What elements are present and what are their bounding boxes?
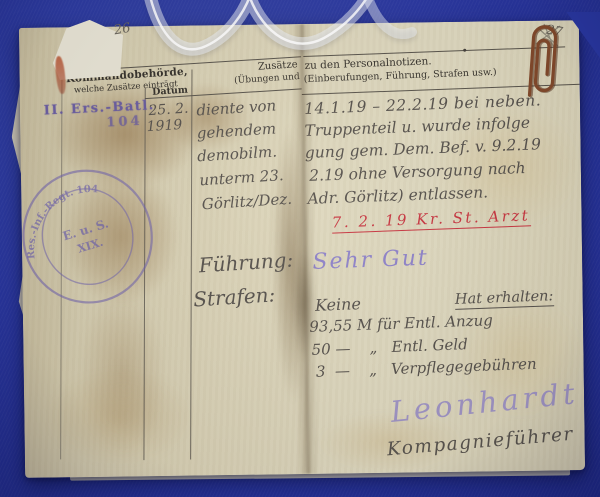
received-heading: Hat erhalten:: [455, 288, 554, 310]
received-line: 93,55 M für Entl. Anzug: [309, 311, 493, 336]
photo-of-military-passbook: Kommandobehörde, welche Zusätze einträgt…: [0, 0, 600, 497]
signature-role: Kompagnieführer: [386, 424, 574, 461]
red-ink-note: 7. 2. 19 Kr. St. Arzt: [332, 206, 531, 233]
note-line: 2.19 ohne Versorgung nach: [309, 159, 526, 185]
fuehrung-value: Sehr Gut: [312, 246, 429, 275]
note-line: gung gem. Dem. Bef. v. 9.2.19: [305, 135, 542, 162]
unit-line-stamp: II. Ers.-Batl. 104: [43, 98, 155, 133]
entry-text-line: Görlitz/Dez.: [201, 190, 292, 214]
entry-text-line: diente von: [196, 96, 277, 119]
main-column-divider: [190, 70, 193, 460]
entry-date-line2: 1919: [146, 117, 183, 135]
signature: Leonhardt: [389, 376, 580, 429]
entry-text-line: gehendem: [196, 119, 276, 142]
plastic-clip: [128, 0, 418, 74]
strafen-value: Keine: [315, 294, 362, 315]
oval-stamp: Res.-Inf.-Regt. 104 E. u. S. XIX.: [19, 142, 185, 331]
fuehrung-label: Führung:: [198, 248, 294, 278]
note-line: Adr. Görlitz) entlassen.: [307, 183, 488, 208]
entry-text-line: demobilm.: [197, 142, 278, 165]
received-line: 3 — „ Verpflegegebühren: [316, 355, 537, 381]
received-line: 50 — „ Entl. Geld: [311, 335, 468, 359]
rule-dot: [463, 49, 466, 52]
open-document: Kommandobehörde, welche Zusätze einträgt…: [19, 20, 585, 478]
entry-text-line: unterm 23.: [199, 166, 284, 189]
strafen-label: Strafen:: [193, 282, 276, 311]
entry-date-line1: 25. 2.: [148, 101, 189, 119]
rusty-paperclip: [509, 12, 579, 108]
